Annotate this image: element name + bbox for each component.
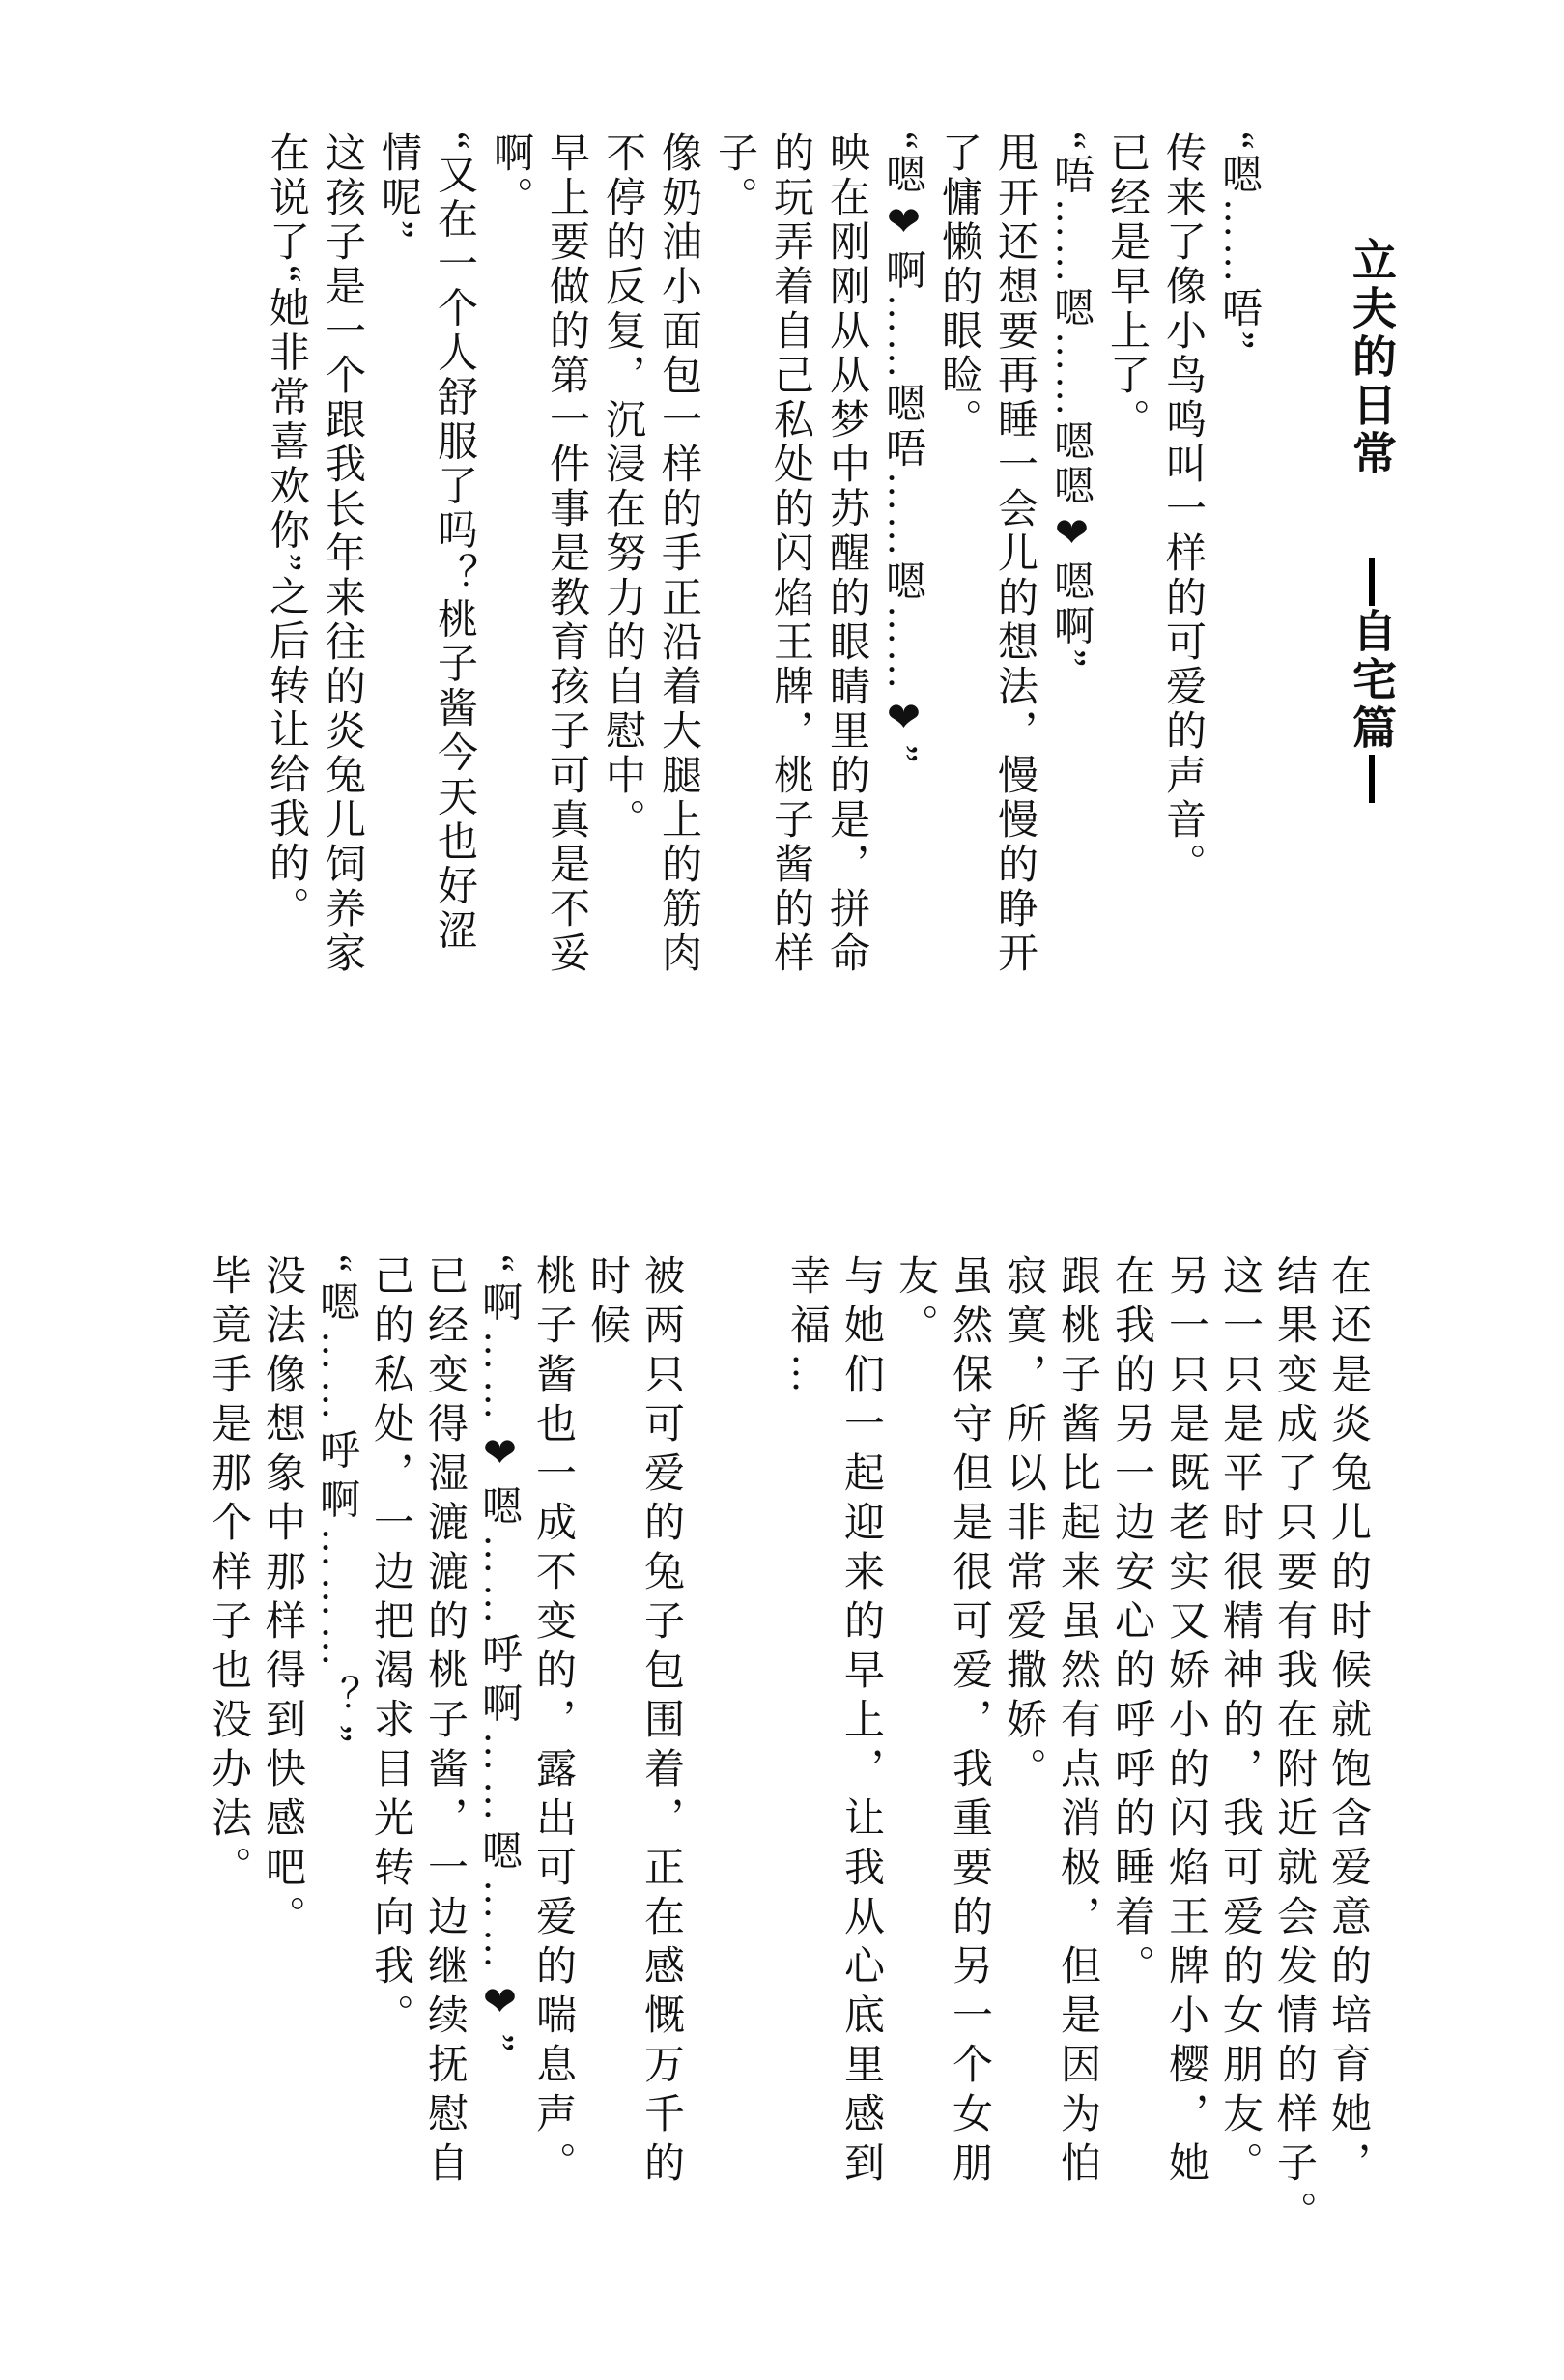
page-subtitle: 自宅篇 <box>1341 608 1403 753</box>
text-column: 这孩子是一个跟我长年来往的炎兔儿饲养家 <box>314 131 370 1001</box>
text-column: 在我的另一边安心的呼呼的睡着。 <box>1104 1254 1158 2264</box>
text-column: 被两只可爱的兔子包围着，正在感慨万千的 <box>634 1254 688 2264</box>
text-column: 的玩弄着自己私处的闪焰王牌，桃子酱的样 <box>762 131 818 1001</box>
text-column: 在说了“她非常喜欢你”之后转让给我的。 <box>258 131 314 1001</box>
text-column: 寂寞，所以非常爱撒娇。 <box>996 1254 1050 2264</box>
text-column: 跟桃子酱比起来虽然有点消极，但是因为怕 <box>1050 1254 1104 2264</box>
text-column: “又在一个人舒服了吗？桃子酱今天也好涩 <box>426 131 482 1001</box>
title-rule-bottom <box>1369 755 1375 803</box>
text-column: 像奶油小面包一样的手正沿着大腿上的筋肉 <box>650 131 706 1001</box>
page-title: 立夫的日常 <box>1341 237 1403 478</box>
document-page: 立夫的日常 自宅篇 “嗯……唔” 传来了像小鸟鸣叫一样的可爱的声音。 已经是早上… <box>0 0 1564 2380</box>
text-column: 传来了像小鸟鸣叫一样的可爱的声音。 <box>1154 131 1210 1001</box>
text-column: “嗯❤啊……嗯唔……嗯……❤” <box>874 131 930 1001</box>
text-column: 甩开还想要再睡一会儿的想法，慢慢的睁开 <box>986 131 1042 1001</box>
text-column: 映在刚刚从从梦中苏醒的眼睛里的是，拼命 <box>818 131 874 1001</box>
text-column: 这一只是平时很精神的，我可爱的女朋友。 <box>1212 1254 1266 2264</box>
text-column: 己的私处，一边把渴求目光转向我。 <box>363 1254 417 2264</box>
text-band-upper: “嗯……唔” 传来了像小鸟鸣叫一样的可爱的声音。 已经是早上了。 “唔……嗯……… <box>258 131 1266 1001</box>
text-column: “嗯……呼啊………？” <box>309 1254 363 2264</box>
text-column: 已经是早上了。 <box>1098 131 1154 1001</box>
text-column: 时候 <box>580 1254 634 2264</box>
text-column: 了慵懒的眼睑。 <box>930 131 986 1001</box>
text-column: 没法像想象中那样得到快感吧。 <box>255 1254 309 2264</box>
text-column: 结果变成了只要有我在附近就会发情的样子。 <box>1266 1254 1321 2264</box>
text-column: 与她们一起迎来的早上，让我从心底里感到 <box>834 1254 888 2264</box>
title-block: 立夫的日常 自宅篇 <box>1341 237 1403 803</box>
text-column: 情呢” <box>370 131 426 1001</box>
text-band-lower: 在还是炎兔儿的时候就饱含爱意的培育她， 结果变成了只要有我在附近就会发情的样子。… <box>201 1254 1375 2264</box>
text-column: “啊……❤嗯……呼啊……嗯……❤” <box>471 1254 526 2264</box>
text-column: 桃子酱也一成不变的，露出可爱的喘息声。 <box>526 1254 580 2264</box>
text-column: 早上要做的第一件事是教育孩子可真是不妥 <box>538 131 594 1001</box>
text-column: 毕竟手是那个样子也没办法。 <box>201 1254 255 2264</box>
text-column: 友。 <box>888 1254 942 2264</box>
text-column: 幸福… <box>780 1254 834 2264</box>
text-column: 在还是炎兔儿的时候就饱含爱意的培育她， <box>1321 1254 1375 2264</box>
text-column: 子。 <box>706 131 762 1001</box>
text-column: 另一只是既老实又娇小的闪焰王牌小樱，她 <box>1158 1254 1212 2264</box>
text-column: “唔……嗯……嗯嗯❤嗯啊” <box>1042 131 1098 1001</box>
title-rule-top <box>1369 558 1375 606</box>
text-column: 不停的反复，沉浸在努力的自慰中。 <box>594 131 650 1001</box>
text-column: 已经变得湿漉漉的桃子酱，一边继续抚慰自 <box>417 1254 471 2264</box>
text-column: “嗯……唔” <box>1210 131 1266 1001</box>
text-column: 虽然保守但是很可爱，我重要的另一个女朋 <box>942 1254 996 2264</box>
text-column: 啊。 <box>482 131 538 1001</box>
